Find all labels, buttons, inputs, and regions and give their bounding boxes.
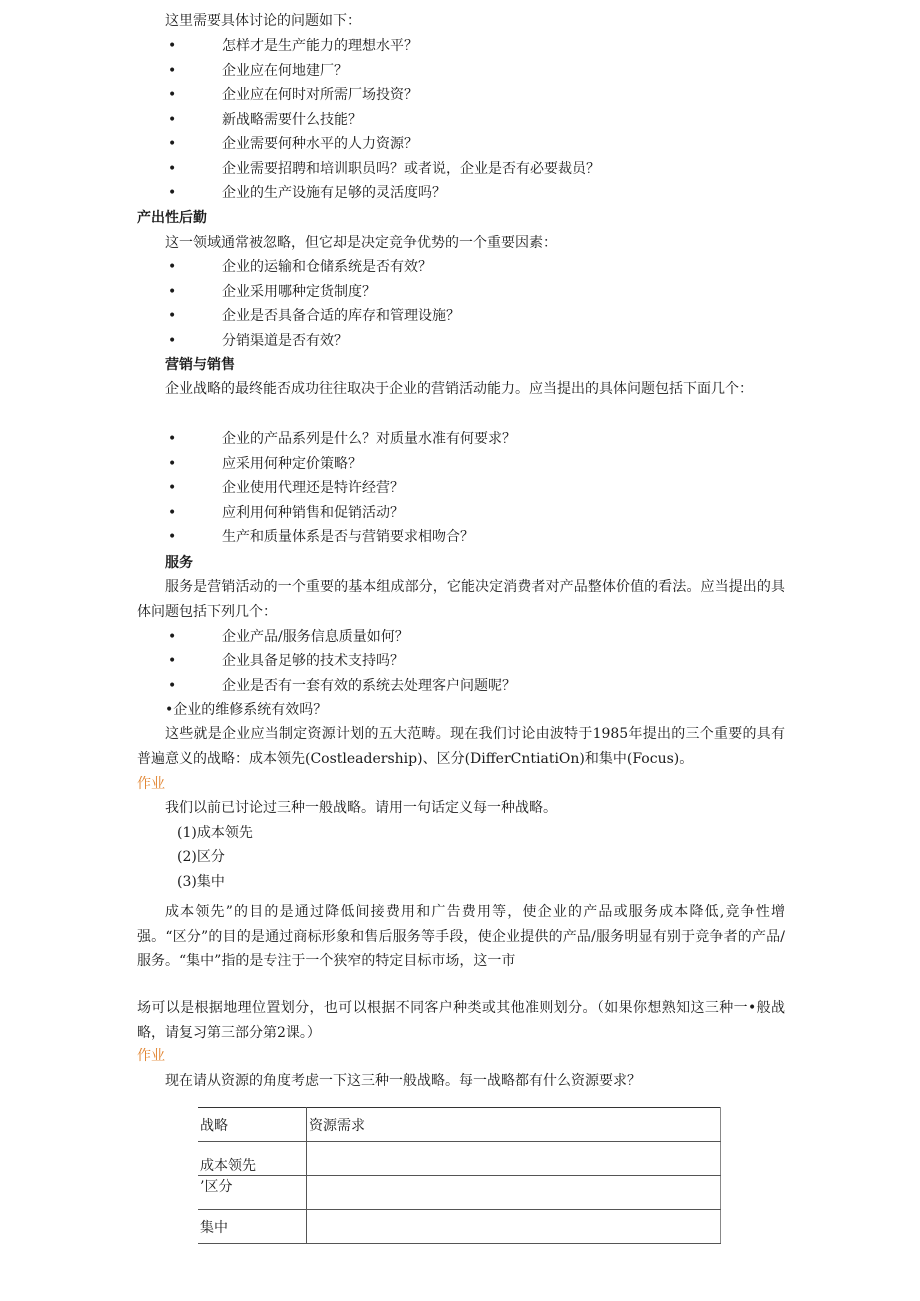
- homework-heading: 作业: [137, 1047, 165, 1065]
- list-item: 企业是否具备合适的库存和管理设施？: [222, 307, 460, 325]
- homework-prompt: 现在请从资源的角度考虑一下这三种一般战略。每一战略都有什么资源要求？: [165, 1072, 641, 1090]
- section-heading-service: 服务: [165, 554, 193, 572]
- bullet-icon: •: [168, 283, 176, 301]
- list-item: 企业的生产设施有足够的灵活度吗？: [222, 184, 446, 202]
- list-item: 企业产品/服务信息质量如何？: [222, 628, 409, 646]
- table-header-row: 战略 资源需求: [198, 1108, 721, 1142]
- table-row: 成本领先: [198, 1142, 721, 1176]
- section-heading-logistics: 产出性后勤: [137, 209, 207, 227]
- bullet-icon: •: [168, 307, 176, 325]
- list-item: 企业需要何种水平的人力资源？: [222, 135, 418, 153]
- list-item: 怎样才是生产能力的理想水平？: [222, 37, 418, 55]
- homework-item: (2)区分: [177, 848, 225, 866]
- resource-table: 战略 资源需求 成本领先 ’区分 集中: [198, 1107, 721, 1244]
- list-item: 分销渠道是否有效？: [222, 332, 348, 350]
- list-item: •企业的维修系统有效吗？: [165, 701, 327, 719]
- bullet-icon: •: [168, 111, 176, 129]
- list-item: 应利用何种销售和促销活动？: [222, 504, 404, 522]
- list-item: 企业的产品系列是什么？对质量水准有何要求？: [222, 430, 516, 448]
- table-cell-strategy: 成本领先: [198, 1142, 307, 1176]
- homework-item: (1)成本领先: [177, 824, 253, 842]
- intro-text: 这里需要具体讨论的问题如下：: [165, 12, 361, 30]
- bullet-icon: •: [168, 258, 176, 276]
- table-cell-strategy: 集中: [198, 1210, 307, 1244]
- list-item: 企业的运输和仓储系统是否有效？: [222, 258, 432, 276]
- summary-paragraph: 这些就是企业应当制定资源计划的五大范畴。现在我们讨论由波特于1985年提出的三个…: [137, 722, 785, 771]
- bullet-icon: •: [168, 86, 176, 104]
- bullet-icon: •: [168, 332, 176, 350]
- table-cell-strategy: ’区分: [198, 1176, 307, 1210]
- logistics-intro: 这一领域通常被忽略，但它却是决定竞争优势的一个重要因素：: [165, 234, 557, 252]
- bullet-icon: •: [168, 430, 176, 448]
- list-item: 企业是否有一套有效的系统去处理客户问题呢？: [222, 677, 516, 695]
- bullet-icon: •: [168, 160, 176, 178]
- list-item: 生产和质量体系是否与营销要求相吻合？: [222, 528, 474, 546]
- bullet-icon: •: [168, 455, 176, 473]
- homework-prompt: 我们以前已讨论过三种一般战略。请用一句话定义每一种战略。: [165, 799, 557, 817]
- list-item: 企业采用哪种定货制度？: [222, 283, 376, 301]
- homework-item: (3)集中: [177, 873, 225, 891]
- table-header-cell: 资源需求: [307, 1108, 721, 1142]
- list-item: 企业应在何时对所需厂场投资？: [222, 86, 418, 104]
- bullet-icon: •: [168, 37, 176, 55]
- list-item: 新战略需要什么技能？: [222, 111, 362, 129]
- list-item: 企业应在何地建厂？: [222, 62, 348, 80]
- table-header-cell: 战略: [198, 1108, 307, 1142]
- list-item: 企业需要招聘和培训职员吗？或者说，企业是否有必要裁员？: [222, 160, 600, 178]
- list-item: 企业使用代理还是特许经营？: [222, 479, 404, 497]
- section-heading-marketing: 营销与销售: [165, 356, 235, 374]
- service-intro: 服务是营销活动的一个重要的基本组成部分，它能决定消费者对产品整体价值的看法。应当…: [137, 575, 785, 624]
- bullet-icon: •: [168, 528, 176, 546]
- list-item: 企业具备足够的技术支持吗？: [222, 652, 404, 670]
- bullet-icon: •: [168, 184, 176, 202]
- table-cell-resource[interactable]: [307, 1142, 721, 1176]
- definition-paragraph: 成本领先”的目的是通过降低间接费用和广告费用等，使企业的产品或服务成本降低,竞争…: [137, 900, 785, 974]
- list-item: 应采用何种定价策略？: [222, 455, 362, 473]
- table-cell-resource[interactable]: [307, 1210, 721, 1244]
- bullet-icon: •: [168, 62, 176, 80]
- bullet-icon: •: [168, 504, 176, 522]
- bullet-icon: •: [168, 652, 176, 670]
- marketing-intro: 企业战略的最终能否成功往往取决于企业的营销活动能力。应当提出的具体问题包括下面几…: [137, 377, 785, 402]
- bullet-icon: •: [168, 479, 176, 497]
- table-cell-resource[interactable]: [307, 1176, 721, 1210]
- homework-heading: 作业: [137, 775, 165, 793]
- bullet-icon: •: [168, 628, 176, 646]
- table-row: ’区分: [198, 1176, 721, 1210]
- definition-paragraph-cont: 场可以是根据地理位置划分，也可以根据不同客户种类或其他准则划分。（如果你想熟知这…: [137, 996, 785, 1045]
- table-row: 集中: [198, 1210, 721, 1244]
- bullet-icon: •: [168, 135, 176, 153]
- bullet-icon: •: [168, 677, 176, 695]
